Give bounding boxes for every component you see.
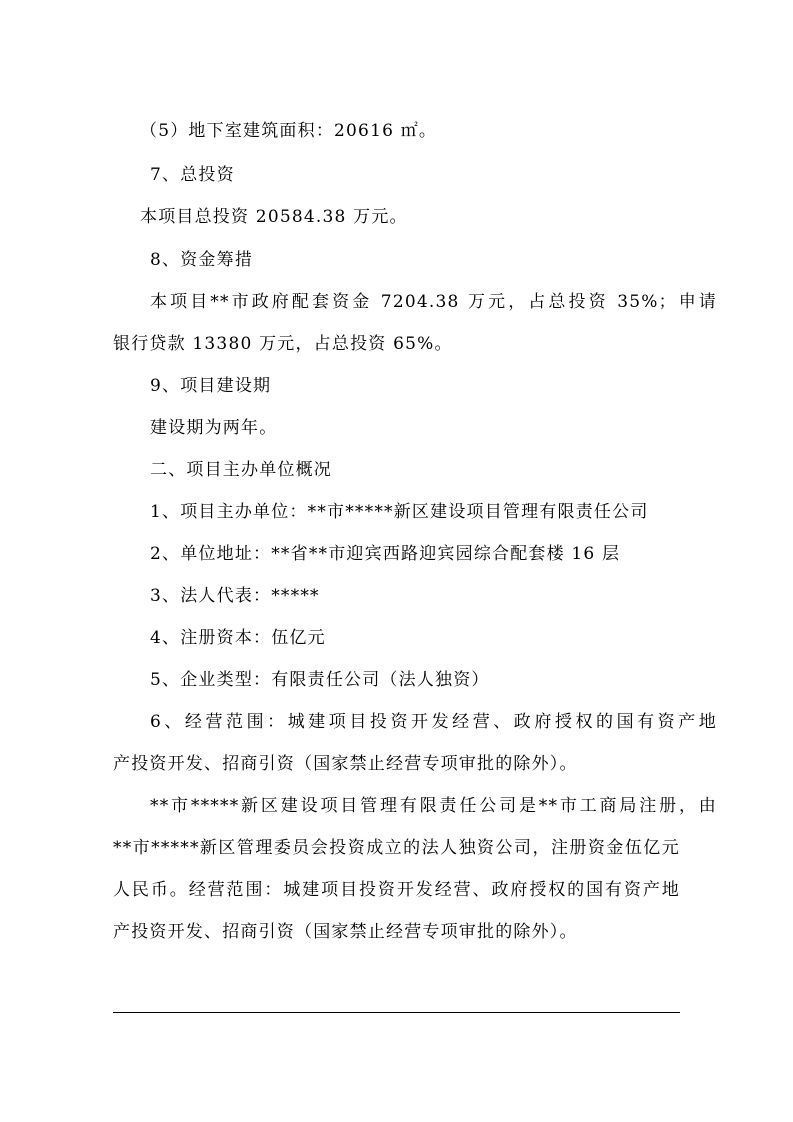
company-paragraph-line-1: **市*****新区建设项目管理有限责任公司是**市工商局注册，由 <box>113 794 717 818</box>
total-investment-text: 本项目总投资 20584.38 万元。 <box>113 205 707 229</box>
footer-rule-divider <box>113 1012 680 1013</box>
sponsor-unit-line: 1、项目主办单位：**市*****新区建设项目管理有限责任公司 <box>113 500 717 524</box>
document-page: （5）地下室建筑面积：20616 ㎡。 7、总投资 本项目总投资 20584.3… <box>0 0 793 1122</box>
section-8-heading: 8、资金筹措 <box>113 248 717 272</box>
registered-capital-line: 4、注册资本：伍亿元 <box>113 626 717 650</box>
construction-period-text: 建设期为两年。 <box>113 416 717 440</box>
company-paragraph-line-4: 产投资开发、招商引资（国家禁止经营专项审批的除外）。 <box>113 920 680 944</box>
business-scope-line-1: 6、经营范围：城建项目投资开发经营、政府授权的国有资产地 <box>113 710 717 734</box>
funding-paragraph-line-2: 银行贷款 13380 万元，占总投资 65%。 <box>113 332 680 356</box>
basement-area-line: （5）地下室建筑面积：20616 ㎡。 <box>113 119 707 143</box>
enterprise-type-line: 5、企业类型：有限责任公司（法人独资） <box>113 668 717 692</box>
company-paragraph-line-3: 人民币。经营范围：城建项目投资开发经营、政府授权的国有资产地 <box>113 878 680 902</box>
section-7-heading: 7、总投资 <box>113 163 717 187</box>
legal-representative-line: 3、法人代表：***** <box>113 584 717 608</box>
business-scope-line-2: 产投资开发、招商引资（国家禁止经营专项审批的除外）。 <box>113 752 680 776</box>
section-9-heading: 9、项目建设期 <box>113 374 717 398</box>
company-paragraph-line-2: **市*****新区管理委员会投资成立的法人独资公司，注册资金伍亿元 <box>113 836 680 860</box>
unit-address-line: 2、单位地址：**省**市迎宾西路迎宾园综合配套楼 16 层 <box>113 542 717 566</box>
funding-paragraph-line-1: 本项目**市政府配套资金 7204.38 万元，占总投资 35%；申请 <box>113 290 717 314</box>
section-2-heading: 二、项目主办单位概况 <box>113 458 717 482</box>
